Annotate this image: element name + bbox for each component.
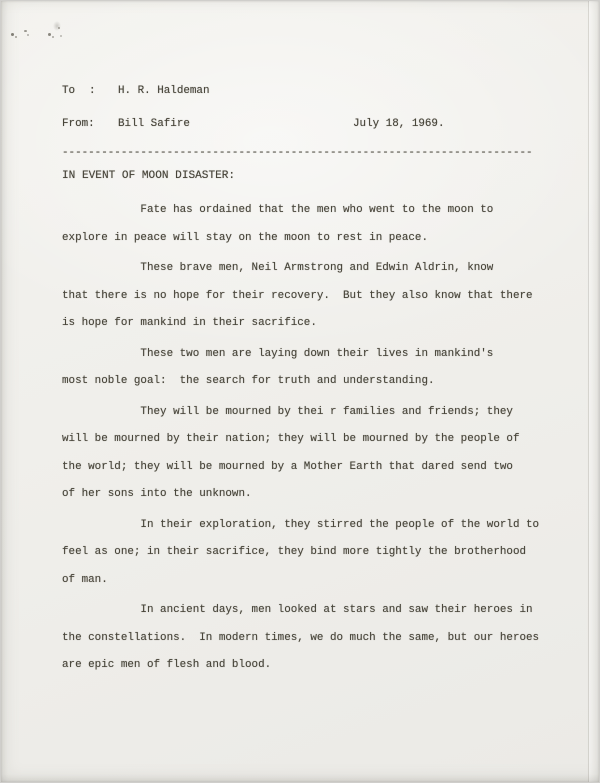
pencil-smudge <box>53 21 61 31</box>
pencil-mark <box>58 27 60 29</box>
memo-date: July 18, 1969. <box>353 117 445 131</box>
from-value: Bill Safire <box>118 117 190 131</box>
to-label: To <box>62 84 75 98</box>
paragraph-fate-ordained: Fate has ordained that the men who went … <box>62 197 562 252</box>
paper-edge-right <box>589 1 599 782</box>
pencil-mark <box>27 34 29 36</box>
paragraph-exploration: In their exploration, they stirred the p… <box>62 512 562 595</box>
memo-heading: IN EVENT OF MOON DISASTER: <box>62 169 235 183</box>
pencil-mark <box>15 36 17 38</box>
pencil-mark <box>48 33 51 36</box>
paper-edge-left <box>1 1 8 782</box>
dashed-separator: ----------------------------------------… <box>62 146 533 160</box>
pencil-mark <box>11 33 14 36</box>
pencil-mark <box>52 36 54 38</box>
to-colon: : <box>89 84 96 98</box>
memo-page: To : H. R. Haldeman From: Bill Safire Ju… <box>0 0 600 783</box>
from-label: From: <box>62 117 95 131</box>
paper-crease <box>588 1 589 782</box>
pencil-mark <box>60 35 62 37</box>
paragraph-noble-goal: These two men are laying down their live… <box>62 341 562 396</box>
pencil-mark <box>24 30 27 32</box>
paragraph-brave-men: These brave men, Neil Armstrong and Edwi… <box>62 255 562 338</box>
memo-body: Fate has ordained that the men who went … <box>62 197 562 680</box>
paper-edge-bottom <box>1 774 599 782</box>
to-value: H. R. Haldeman <box>118 84 210 98</box>
paragraph-mourned: They will be mourned by thei r families … <box>62 399 562 509</box>
paragraph-ancient-days: In ancient days, men looked at stars and… <box>62 597 562 680</box>
